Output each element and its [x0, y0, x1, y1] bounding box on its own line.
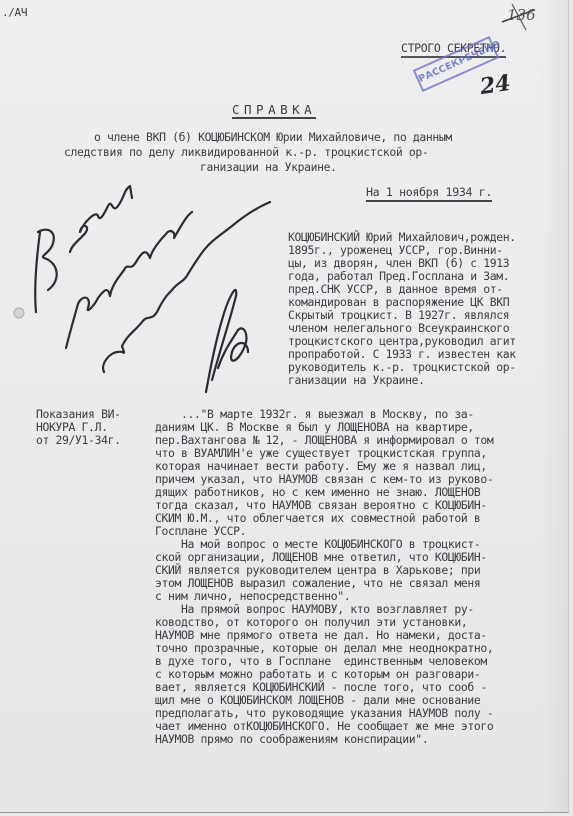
- intro-line: ганизации на Украине.: [200, 161, 337, 174]
- page-number: 24: [478, 70, 512, 100]
- strike-through-mark: [500, 2, 536, 32]
- testimony-line: НАУМОВ прямо по соображениям конспирации…: [155, 733, 428, 746]
- intro-line: следствия по делу ликвидированной к.-р. …: [64, 146, 428, 159]
- document-title: СПРАВКА: [232, 103, 316, 119]
- testimony-source-line: от 29/У1-34г.: [36, 434, 121, 447]
- archive-code: ./АЧ: [2, 6, 27, 19]
- bio-line: ганизации на Украине.: [288, 374, 425, 387]
- document-date: На 1 ноября 1934 г.: [366, 186, 492, 202]
- intro-line: о члене ВКП (б) КОЦЮБИНСКОМ Юрии Михайло…: [94, 131, 452, 144]
- document-page: ./АЧ 136 СТРОГО СЕКРЕТНО. РАССЕКРЕЧЕНО 2…: [0, 0, 569, 813]
- page-edge-shadow: [540, 0, 568, 812]
